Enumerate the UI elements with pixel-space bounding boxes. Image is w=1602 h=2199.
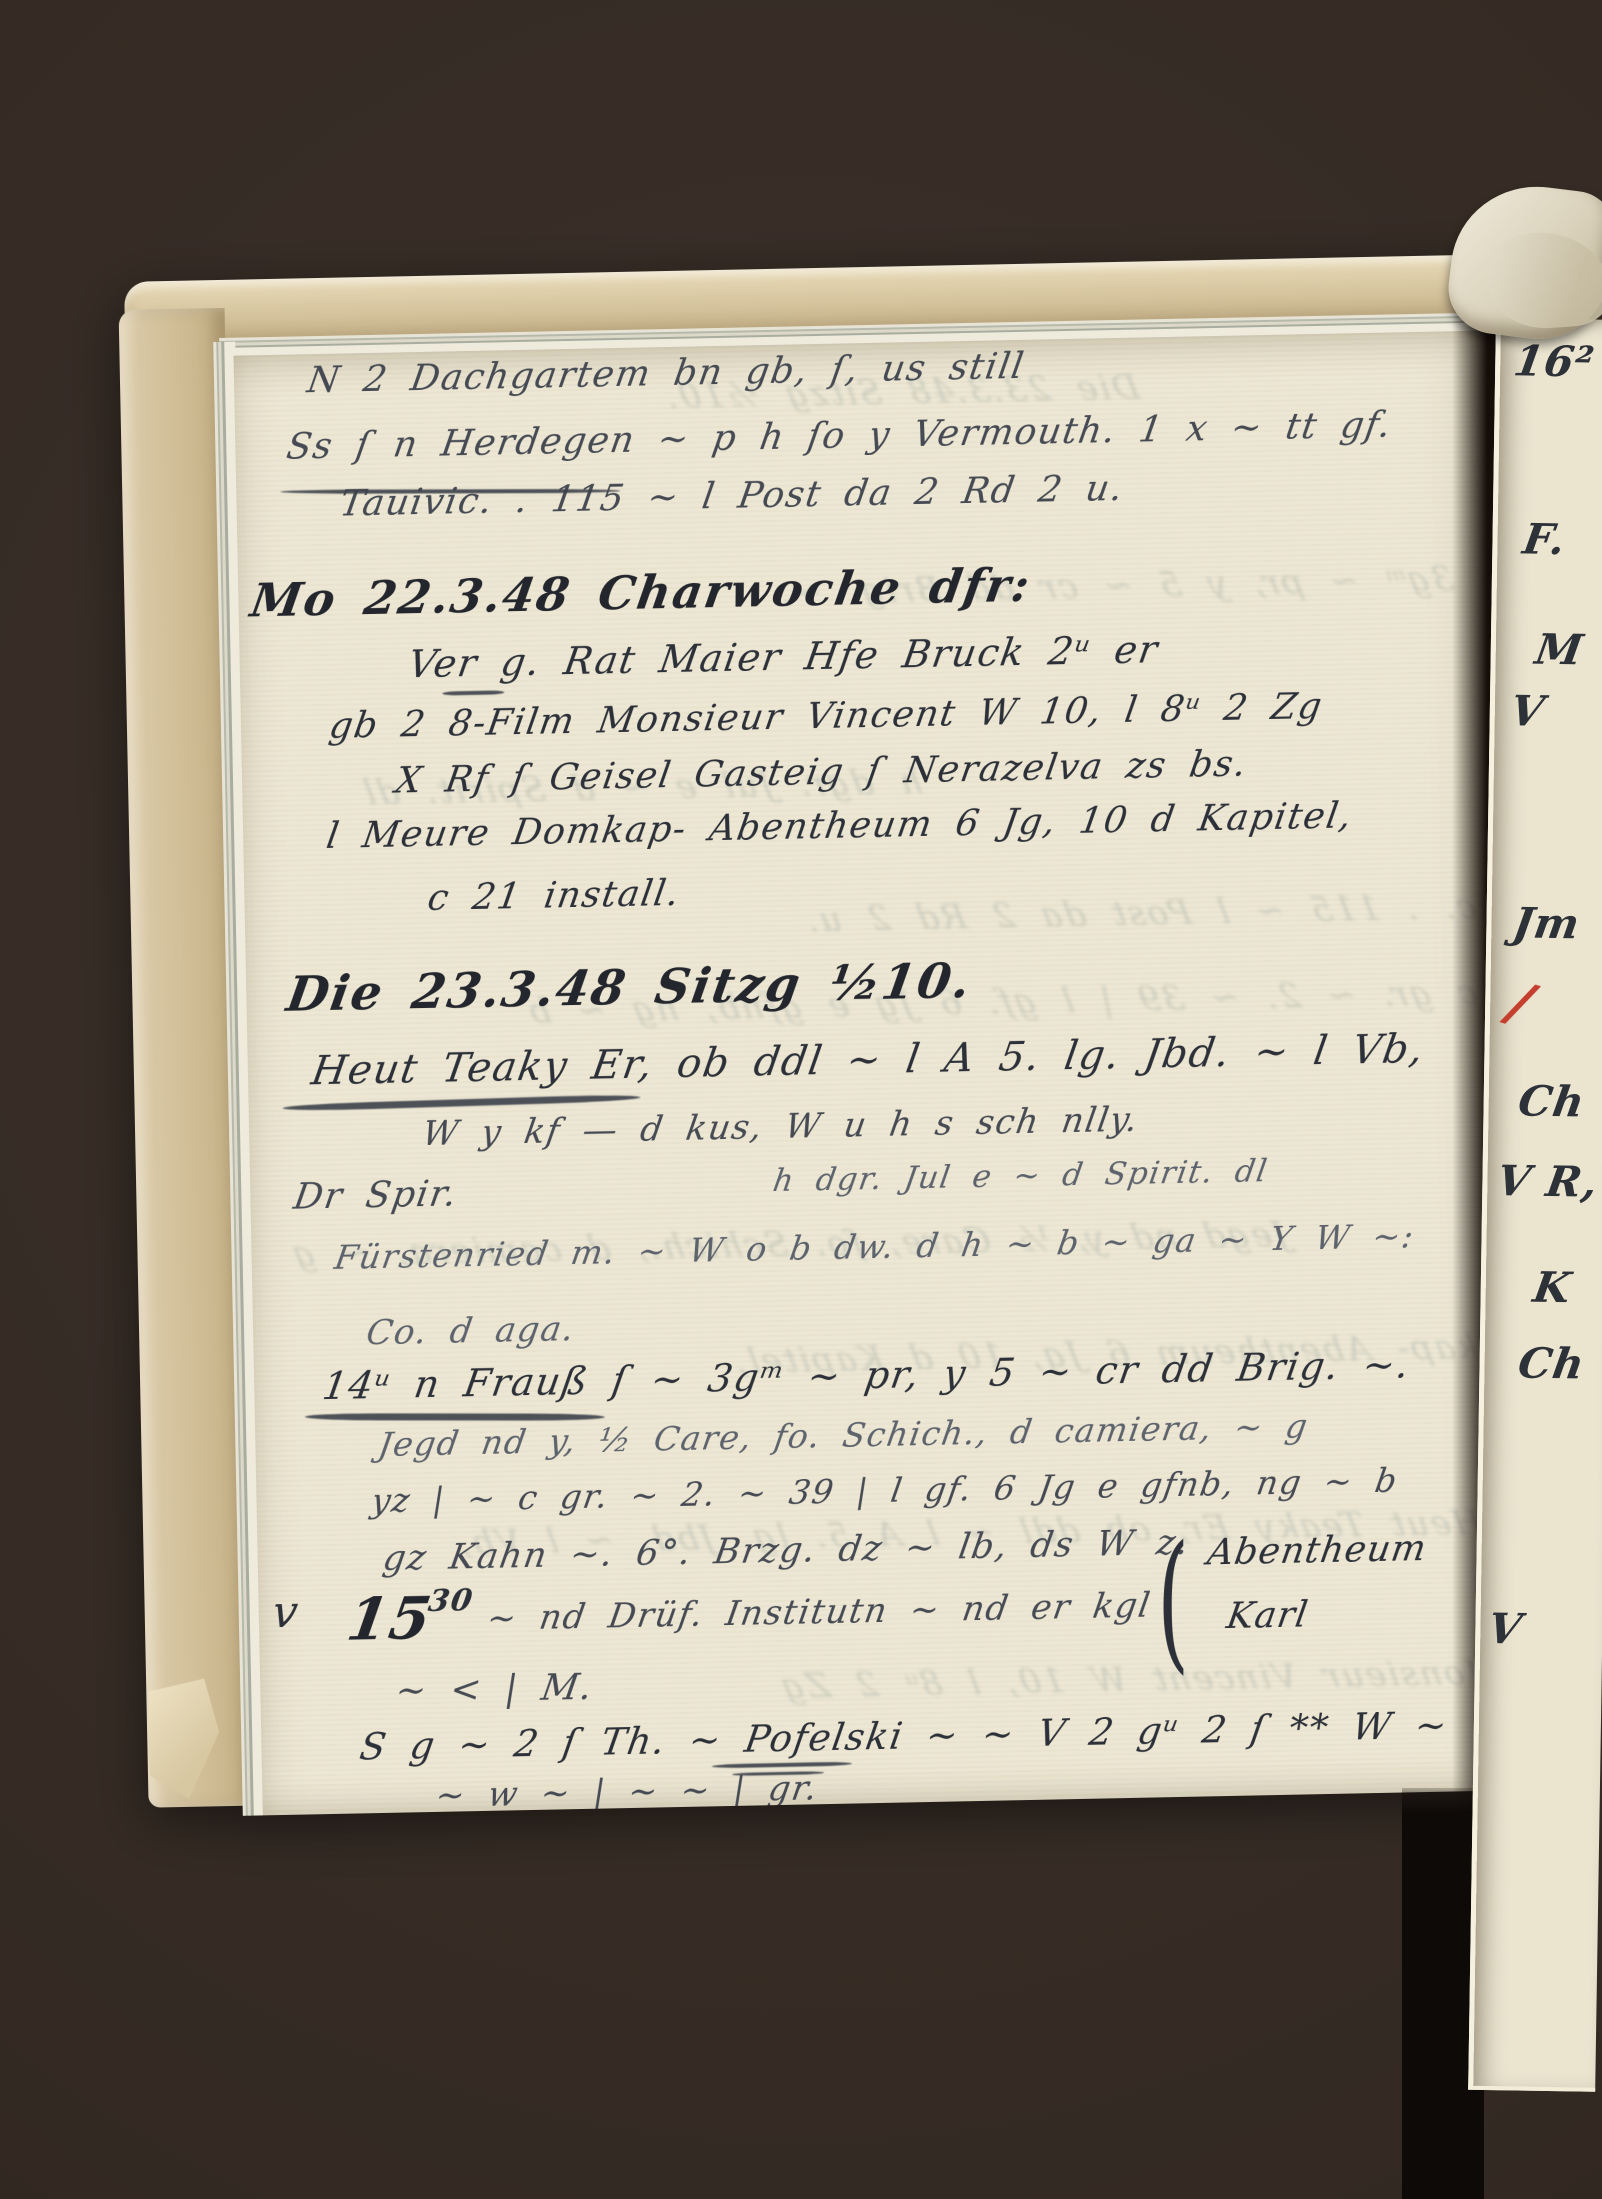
- handwriting-line: ~ < | M.: [393, 1667, 596, 1712]
- handwriting-line: Ver g. Rat Maier Hfe Bruck 2ᵘ er: [405, 627, 1162, 686]
- handwriting-line: S g ~ 2 ſ Th. ~ Pofelski ~ ~ V 2 gᵘ 2 ſ …: [357, 1704, 1451, 1769]
- handwriting-line: Ss ſ n Herdegen ~ p h ſo y Vermouth. 1 x…: [284, 404, 1395, 467]
- time-entry-text: ~ nd Drüf. Institutn ~ nd er kgl: [485, 1585, 1155, 1638]
- handwriting-line: h dgr. Jul e ~ d Spirit. dl: [771, 1153, 1271, 1199]
- next-page-fragment: Jm: [1510, 898, 1584, 948]
- next-page-fragment: Ch: [1515, 1077, 1589, 1127]
- next-page-fragment: Ch: [1515, 1339, 1589, 1389]
- margin-note-line: Abentheum: [1205, 1528, 1430, 1574]
- next-page-fragment: K: [1530, 1263, 1575, 1312]
- next-page-fragment: M: [1532, 625, 1587, 675]
- handwriting-line: c 21 install.: [425, 873, 683, 919]
- time-minutes: 30: [425, 1583, 475, 1619]
- diary-page: Die 23.3.48 Sitzg ½10. 14ᵘ n Frauß ſ ~ 3…: [234, 330, 1535, 1815]
- time-hour: 15: [342, 1584, 436, 1654]
- handwriting-line: X Rf ſ Geisel Gasteig ſ Nerazelva zs bs.: [392, 743, 1250, 801]
- next-page-fragment: V: [1507, 686, 1548, 735]
- handwriting-line: W y kf — d kus, W u h s sch nlly.: [420, 1100, 1142, 1155]
- margin-note-line: Karl: [1224, 1594, 1311, 1637]
- red-pencil-mark: /: [1501, 969, 1541, 1038]
- handwriting-line: Heut Teaky Er, ob ddl ~ l A 5. lg. Jbd. …: [308, 1026, 1427, 1094]
- pen-underline-rat: [442, 690, 504, 695]
- time-entry-1530: v 1530 ~ nd Drüf. Institutn ~ nd er kgl: [272, 1570, 1148, 1656]
- next-page-fragment: V R,: [1494, 1156, 1602, 1206]
- brace-mark: (: [1157, 1513, 1189, 1688]
- next-page-fragment: V: [1485, 1604, 1526, 1653]
- handwriting-line: gb 2 8-Film Monsieur Vincent W 10, l 8ᵘ …: [326, 686, 1325, 747]
- pen-underline-frauss: [305, 1413, 605, 1420]
- bleed-through-text: Tauivic. . 115 ~ l Post da 2 Rd 2 u.: [801, 885, 1535, 941]
- next-page-fragment: F.: [1520, 515, 1570, 565]
- handwriting-line: Dr Spir.: [291, 1173, 461, 1217]
- date-heading-mo-22-3-48: Mo 22.3.48 Charwoche dfr:: [247, 558, 1035, 628]
- photographed-diary-scene: Die 23.3.48 Sitzg ½10. 14ᵘ n Frauß ſ ~ 3…: [0, 0, 1602, 2199]
- next-page-fragment: 16²: [1511, 336, 1598, 386]
- bleed-through-text: gb 2 8-Film Monsieur Vincent W 10, l 8ᵘ …: [776, 1647, 1534, 1707]
- handwriting-line: Tauivic. . 115 ~ l Post da 2 Rd 2 u.: [337, 468, 1127, 525]
- handwriting-line: Co. d aga.: [364, 1309, 578, 1353]
- pen-underline-heut-teaky: [283, 1094, 641, 1112]
- notebook: Die 23.3.48 Sitzg ½10. 14ᵘ n Frauß ſ ~ 3…: [118, 254, 1541, 1830]
- pen-underline-pofelski: [712, 1762, 852, 1769]
- check-mark: v: [270, 1587, 301, 1639]
